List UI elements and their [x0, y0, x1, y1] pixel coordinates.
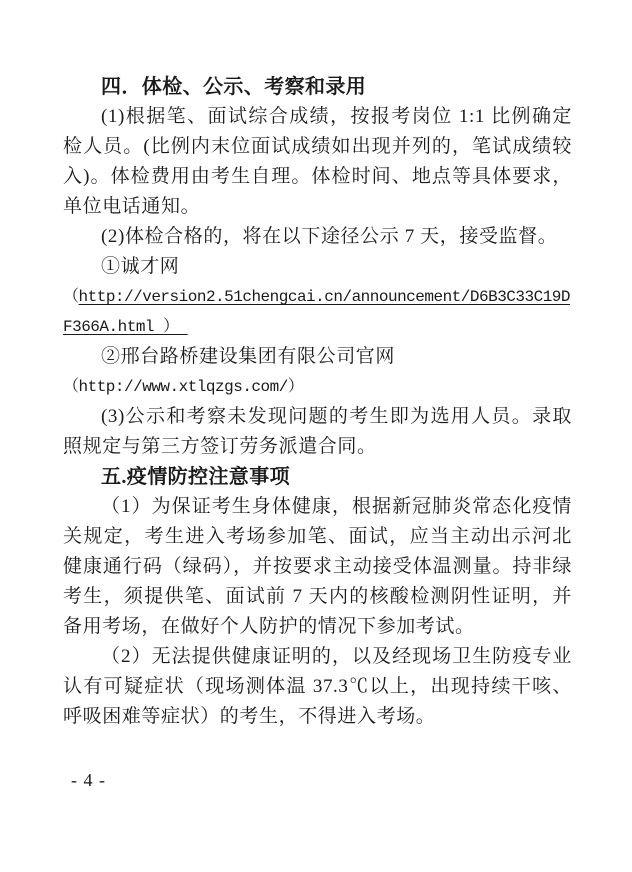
page-number: - 4 -: [71, 770, 106, 791]
paragraph-line: 关规定，考生进入考场参加笔、面试，应当主动出示河北省电子: [63, 522, 572, 552]
paragraph-line: 考生，须提供笔、面试前 7 天内的核酸检测阴性证明，并转移至: [63, 582, 572, 612]
paragraph-line: 单位电话通知。: [63, 192, 572, 222]
url-open-paren: （: [63, 288, 79, 306]
chengcai-announcement-link[interactable]: http://version2.51chengcai.cn/announceme…: [79, 288, 570, 306]
paragraph-line: (1)根据笔、面试综合成绩，按报考岗位 1:1 比例确定进入体: [63, 102, 572, 132]
paragraph-line: 照规定与第三方签订劳务派遣合同。: [63, 432, 572, 462]
paragraph-line: （2）无法提供健康证明的，以及经现场卫生防疫专业人员确: [63, 642, 572, 672]
paragraph-line: (3)公示和考察未发现问题的考生即为选用人员。录取人员按: [63, 402, 572, 432]
channel-2-label: ②邢台路桥建设集团有限公司官网: [63, 342, 572, 372]
paragraph-line: 入)。体检费用由考生自理。体检时间、地点等具体要求，届时我: [63, 162, 572, 192]
announcement-url-line-2: F366A.html ）: [63, 312, 572, 342]
channel-1-label: ①诚才网: [63, 252, 572, 282]
announcement-url-line-1: （http://version2.51chengcai.cn/announcem…: [63, 282, 572, 312]
section-4-heading: 四．体检、公示、考察和录用: [63, 72, 572, 102]
paragraph-line: (2)体检合格的，将在以下途径公示 7 天，接受监督。: [63, 222, 572, 252]
paragraph-line: 健康通行码（绿码），并按要求主动接受体温测量。持非绿码的: [63, 552, 572, 582]
paragraph-line: 检人员。(比例内末位面试成绩如出现并列的，笔试成绩较高者进: [63, 132, 572, 162]
paragraph-line: （1）为保证考生身体健康，根据新冠肺炎常态化疫情防控有: [63, 492, 572, 522]
section-5-heading: 五.疫情防控注意事项: [63, 462, 572, 492]
paragraph-line: 呼吸困难等症状）的考生，不得进入考场。: [63, 702, 572, 732]
paragraph-line: 认有可疑症状（现场测体温 37.3℃以上，出现持续干咳、乏力、: [63, 672, 572, 702]
document-body: 四．体检、公示、考察和录用 (1)根据笔、面试综合成绩，按报考岗位 1:1 比例…: [63, 72, 572, 732]
chengcai-announcement-link-continuation[interactable]: F366A.html ）: [63, 318, 188, 336]
document-page: 四．体检、公示、考察和录用 (1)根据笔、面试综合成绩，按报考岗位 1:1 比例…: [0, 0, 632, 872]
company-website-url: （http://www.xtlqzgs.com/）: [63, 372, 572, 402]
paragraph-line: 备用考场，在做好个人防护的情况下参加考试。: [63, 612, 572, 642]
